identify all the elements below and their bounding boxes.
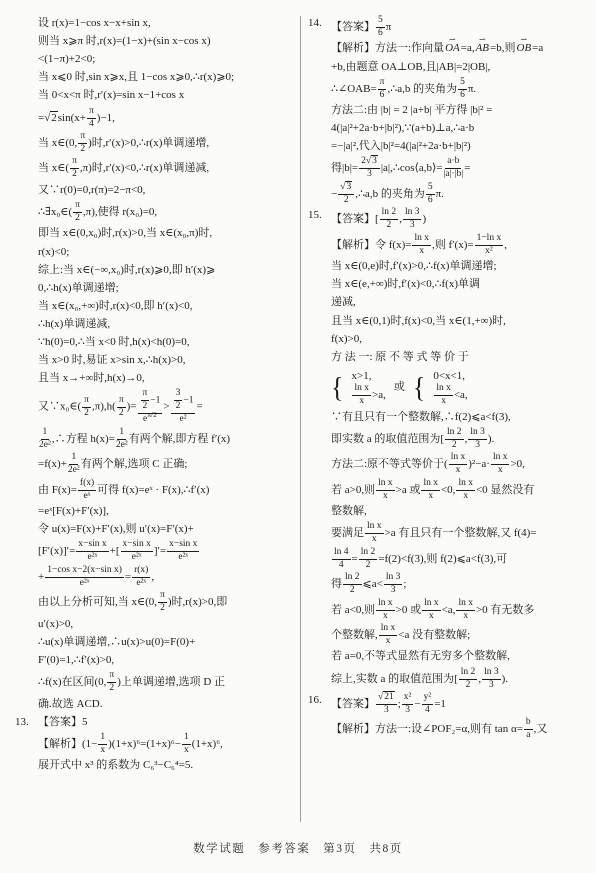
text-line: 方法二:由 |b| = 2 |a+b| 平方得 |b|² = [308,103,586,119]
text-line: ∴u(x)单调递增,∴u(x)>u(0)=F(0)+ [15,635,295,651]
cases-joiner: 或 [394,380,405,396]
fraction-numerator: ln x [491,453,510,465]
text-line: 当 x∈(π2,π)时,r′(x)<0,∴r(x)单调递减, [15,157,295,180]
text-line: +b,由题意 OA⊥OB,且|AB|=2|OB|, [308,60,586,76]
fraction-numerator: π [87,107,96,119]
vector-arrow-icon: ⇀ [520,34,527,45]
fraction-numerator: ln x [352,384,371,396]
fraction-numerator: π [378,78,387,90]
fraction: 56 [458,78,467,101]
cases-stack: x>1,ln xx>a, [351,368,385,407]
fraction-numerator: ln x [434,384,453,396]
fraction: x−sin xe²ˣ [167,540,199,563]
left-brace: { [413,373,425,402]
sqrt-expression: √3 [366,155,378,166]
cases-row: ln xx<a, [433,384,467,407]
sqrt-radicand: 21 [383,691,395,702]
fraction: f(x)eˣ [78,479,96,502]
text-line: {x>1,ln xx>a,或{0<x<1,ln xx<a, [308,368,586,407]
item-number: 15. [308,208,322,224]
text-line: ∵有且只有一个整数解,∴f(2)⩽a<f(3), [308,410,586,426]
fraction-numerator: 3 [174,389,183,401]
fraction-denominator: e²ˣ [132,552,142,563]
item-number: 13. [15,715,29,731]
fraction: ln 44 [332,548,351,571]
text-line: 当 x∈(x₀,+∞)时,r(x)<0,即 h′(x)<0, [15,299,295,315]
fraction-denominator: 3 [405,705,410,716]
text-line: ln 44=ln 22=f(2)<f(3),则 f(2)⩽a<f(3),可 [308,548,586,571]
fraction-numerator: ln 3 [403,208,422,220]
fraction: 56 [426,183,435,206]
text-line: 要满足ln xx>a 有且只有一个整数解,又 f(4)= [308,522,586,545]
text-line: +1−cos x−2(x−sin x)e²ˣ=r(x)e²ˣ, [15,566,295,589]
fraction: ln 22 [343,573,362,596]
fraction: ln 22 [445,428,464,451]
fraction: ln xx [421,479,440,502]
text-line: f(x)>0, [308,332,586,348]
fraction: y²4 [422,693,434,716]
cases-block: {x>1,ln xx>a,或{0<x<1,ln xx<a, [331,368,468,407]
fraction-denominator: 2 [80,144,85,155]
fraction-denominator: 2 [466,680,471,691]
text-line: 0,∴h(x)单调递增; [15,281,295,297]
text-line: −√32,∴a,b 的夹角为56π. [308,183,586,206]
fraction: 1−cos x−2(x−sin x)e²ˣ [45,566,124,589]
fraction-numerator: a·b [445,157,461,169]
fraction: π2 [141,389,150,412]
sqrt-expression: √21 [378,691,395,702]
fraction: ln xx [379,624,398,647]
text-line: u′(x)>0, [15,617,295,633]
text-line: 则当 x⩾π 时,r(x)=(1−x)+(sin x−cos x) [15,34,295,50]
fraction-denominator: 2 [75,213,80,224]
fraction-denominator: 2e² [39,440,51,451]
fraction: 2√33 [359,157,380,180]
fraction-denominator: 6 [380,90,385,101]
fraction-denominator: 3 [367,169,372,180]
fraction-numerator: 2√3 [359,157,380,169]
text-line: 综上,实数 a 的取值范围为[ln 22,ln 33). [308,668,586,691]
fraction-numerator: π [117,396,126,408]
fraction-denominator: 2 [452,440,457,451]
text-line: 个整数解,ln xx<a 没有整数解; [308,624,586,647]
fraction: π4 [87,107,96,130]
fraction: π2 [70,157,79,180]
fraction: ln xx [376,599,395,622]
text-line: ∴f(x)在区间(0,π2)上单调递增,选项 D 正 [15,671,295,694]
text-line: ∵h(0)=0,∴当 x<0 时,h(x)<h(0)=0, [15,335,295,351]
fraction-numerator: ln 2 [445,428,464,440]
fraction: ln 33 [468,428,487,451]
fraction-numerator: ln 3 [384,573,403,585]
item-number: 14. [308,16,322,32]
fraction: 12e² [116,428,128,451]
text-line: 14.【答案】56π [308,16,586,39]
item-number: 16. [308,693,322,709]
fraction: ln xx [449,453,468,476]
left-column: 设 r(x)=1−cos x−x+sin x,则当 x⩾π 时,r(x)=(1−… [15,16,300,822]
fraction: ln xx [412,234,431,257]
cases-row: 0<x<1, [433,368,465,385]
text-line: 得ln 22⩽a<ln 33; [308,573,586,596]
right-column: 14.【答案】56π【解析】方法一:作向量⇀OA=a,⇀AB=b,则⇀OB=a+… [301,16,586,822]
fraction-numerator: ln x [365,522,384,534]
text-line: r(x)<0; [15,245,295,261]
fraction-denominator: x [372,534,377,545]
fraction-denominator: x [429,611,434,622]
fraction: π2 [78,132,87,155]
fraction-denominator: 3 [391,585,396,596]
fraction: ln xx [456,599,475,622]
fraction-denominator: 6 [428,195,433,206]
fraction-numerator: f(x) [78,479,96,491]
fraction: √213 [376,693,397,716]
fraction-denominator: x [184,745,189,756]
fraction: ln 33 [482,668,501,691]
text-line: 【解析】(1−1x)(1+x)⁶=(1+x)⁶−1x(1+x)⁶, [15,733,295,756]
fraction: ln xx [422,599,441,622]
sqrt-radicand: 2 [50,111,58,124]
text-line: 若 a<0,则ln xx>0 或ln xx<a,ln xx>0 有无数多 [308,599,586,622]
fraction-numerator: ln 2 [359,548,378,560]
fraction: 32 [174,389,183,412]
fraction: ln 33 [384,573,403,596]
text-line: 得|b|=2√33|a|,∴cos⟨a,b⟩=a·b|a|·|b|= [308,157,586,180]
text-line: 当 x∈(0,e)时,f′(x)>0,∴f(x)单调递增; [308,259,586,275]
text-line: 确.故选 ACD. [15,697,295,713]
fraction: ln xx [456,479,475,502]
fraction-denominator: 6 [460,90,465,101]
fraction-denominator: x [419,246,424,257]
fraction-numerator: 5 [426,183,435,195]
fraction-denominator: 2e² [116,440,128,451]
fraction-denominator: x [100,745,105,756]
text-line: 即当 x∈(0,x₀)时,r(x)>0,当 x∈(x₀,π)时, [15,226,295,242]
fraction-denominator: 6 [378,28,383,39]
fraction-denominator: 3 [410,220,415,231]
fraction-numerator: π [82,396,91,408]
fraction-numerator: ln x [421,479,440,491]
text-line: F′(0)=1,∴f′(x)>0, [15,653,295,669]
fraction: ln 33 [403,208,422,231]
fraction-numerator: ln x [379,624,398,636]
fraction-numerator: ln 4 [332,548,351,560]
text-line: =−|a|²,代入|b|²=4(|a|²+2a·b+|b|²) [308,139,586,155]
text-line: 又∵x₀∈(π2,π),h(π2)=π2−1eπ/2>32−1e²= [15,389,295,425]
fraction-numerator: 32−1 [171,389,196,414]
text-line: 【解析】方法一:作向量⇀OA=a,⇀AB=b,则⇀OB=a [308,41,586,57]
text-line: 综上:当 x∈(−∞,x₀)时,r(x)⩾0,即 h′(x)⩾ [15,263,295,279]
fraction-numerator: π [141,389,150,401]
fraction-numerator: 1 [182,733,191,745]
fraction-numerator: √21 [376,693,397,705]
text-line: 4(|a|²+2a·b+|b|²),∵(a+b)⊥a,∴a·b [308,121,586,137]
exam-answer-page: 设 r(x)=1−cos x−x+sin x,则当 x⩾π 时,r(x)=(1−… [0,0,596,873]
fraction-denominator: x [428,491,433,502]
fraction-numerator: ln 3 [468,428,487,440]
fraction: ln xx [376,479,395,502]
text-line: 15.【答案】[ln 22,ln 33) [308,208,586,231]
text-line: 若 a>0,则ln xx>a 或ln xx<0,ln xx<0 显然没有 [308,479,586,502]
fraction: 56 [376,16,385,39]
text-line: =eˣ[F(x)+F′(x)], [15,504,295,520]
text-line: 展开式中 x³ 的系数为 C₆³−C₆⁴=5. [15,758,295,774]
text-line: 【解析】令 f(x)=ln xx,则 f′(x)=1−ln xx², [308,234,586,257]
fraction-denominator: e²ˣ [88,552,98,563]
fraction-numerator: x² [402,693,414,705]
fraction: x−sin xe²ˣ [121,540,153,563]
text-line: 当 x∈(e,+∞)时,f′(x)<0,∴f(x)单调 [308,277,586,293]
fraction-denominator: 2 [72,169,77,180]
text-line: 由 F(x)=f(x)eˣ可得 f(x)=eˣ · F(x),∴f′(x) [15,479,295,502]
fraction-denominator: e²ˣ [178,552,188,563]
fraction-numerator: π [73,201,82,213]
fraction-numerator: π [70,157,79,169]
fraction-denominator: 3 [475,440,480,451]
fraction-numerator: ln x [422,599,441,611]
text-line: 又∵r(0)=0,r(π)=2−π<0, [15,183,295,199]
fraction-numerator: 1 [41,428,50,440]
fraction: √32 [338,183,354,206]
text-line: ∴∠OAB=π6,∴a,b 的夹角为56π. [308,78,586,101]
fraction: ln 22 [380,208,399,231]
fraction-denominator: e² [180,414,187,425]
text-line: 【解析】方法一:设∠POF₂=α,则有 tan α=ba,又 [308,718,586,741]
fraction-denominator: 4 [89,119,94,130]
fraction-numerator: b [524,718,533,730]
fraction-numerator: x−sin x [167,540,199,552]
text-line: =f(x)+12e²有两个解,选项 C 正确; [15,453,295,476]
fraction-denominator: 2 [160,603,165,614]
text-line: 设 r(x)=1−cos x−x+sin x, [15,16,295,32]
fraction-numerator: r(x) [132,566,150,578]
fraction-denominator: 2 [119,408,124,419]
fraction: π6 [378,78,387,101]
text-line: 方法二:原不等式等价于(ln xx)²−a·ln xx>0, [308,453,586,476]
text-line: 16.【答案】√213;x²3−y²4=1 [308,693,586,716]
fraction-numerator: ln 2 [380,208,399,220]
fraction-numerator: 1 [98,733,107,745]
left-brace: { [331,373,343,402]
text-line: [F′(x)]′=x−sin xe²ˣ+[x−sin xe²ˣ]′=x−sin … [15,540,295,563]
fraction-denominator: |a|·|b| [443,169,463,180]
fraction-denominator: x [498,465,503,476]
fraction-denominator: 2 [84,408,89,419]
text-line: 且当 x∈(0,1)时,f(x)<0,当 x∈(1,+∞)时, [308,314,586,330]
superscript: π/2 [147,410,157,419]
fraction: π2 [117,396,126,419]
fraction: π2 [82,396,91,419]
vector-arrow-icon: ⇀ [479,34,486,45]
fraction-numerator: π [158,591,167,603]
text-line: 当 x∈(0,π2)时,r′(x)>0,∴r(x)单调递增, [15,132,295,155]
sqrt-expression: √3 [340,181,352,192]
fraction-numerator: x−sin x [121,540,153,552]
fraction: π2 [73,201,82,224]
fraction: ln xx [352,384,371,407]
fraction: a·b|a|·|b| [443,157,463,180]
fraction-denominator: eπ/2 [143,414,157,425]
fraction-numerator: π [107,671,116,683]
text-line: <(1−π)+2<0; [15,52,295,68]
fraction-denominator: e²ˣ [80,578,90,589]
fraction-numerator: ln x [376,599,395,611]
fraction-denominator: x [359,396,364,407]
cases-row: x>1, [351,368,371,385]
fraction-denominator: e²ˣ [136,578,146,589]
text-line: 整数解, [308,504,586,520]
fraction: 12e² [68,453,80,476]
fraction: ba [524,718,533,741]
fraction-denominator: x² [485,246,493,257]
fraction: π2 [158,591,167,614]
sqrt-expression: √2 [44,111,58,124]
fraction: ln 22 [459,668,478,691]
fraction-denominator: 3 [489,680,494,691]
fraction-denominator: x [383,491,388,502]
fraction-denominator: 2 [109,683,114,694]
text-line: 当 x>0 时,易证 x>sin x,∴h(x)>0, [15,353,295,369]
fraction-denominator: 4 [339,560,344,571]
fraction: 32−1e² [171,389,196,425]
fraction-denominator: 4 [425,705,430,716]
text-line: 当 x⩽0 时,sin x⩾x,且 1−cos x⩾0,∴r(x)⩾0; [15,70,295,86]
text-line: 即实数 a 的取值范围为[ln 22,ln 33). [308,428,586,451]
text-line: 令 u(x)=F(x)+F′(x),则 u′(x)=F′(x)+ [15,522,295,538]
fraction: π2−1eπ/2 [138,389,163,425]
fraction-numerator: ln 2 [343,573,362,585]
text-line: 递减, [308,295,586,311]
fraction: x−sin xe²ˣ [76,540,108,563]
fraction-numerator: 1 [117,428,126,440]
fraction-numerator: y² [422,693,434,705]
fraction-denominator: 2 [344,195,349,206]
fraction-denominator: 3 [384,705,389,716]
fraction: 1−ln xx² [475,234,504,257]
fraction-denominator: 2 [350,585,355,596]
sqrt-radicand: 3 [371,155,378,166]
fraction-numerator: ln 2 [459,668,478,680]
fraction-denominator: x [386,636,391,647]
fraction: π2 [107,671,116,694]
text-line: ∴h(x)单调递减, [15,317,295,333]
text-line: ∴∃x₀∈(π2,π),使得 r(x₀)=0, [15,201,295,224]
fraction: 1x [98,733,107,756]
page-footer: 数学试题 参考答案 第3页 共8页 [0,840,596,856]
fraction-numerator: 1−ln x [475,234,504,246]
fraction-denominator: 2 [176,401,181,412]
fraction-numerator: x−sin x [76,540,108,552]
fraction-numerator: ln x [456,599,475,611]
cases-row: ln xx>a, [351,384,385,407]
fraction-denominator: a [526,730,530,741]
fraction-numerator: 1−cos x−2(x−sin x) [45,566,124,578]
text-line: 且当 x→+∞时,h(x)→0, [15,371,295,387]
fraction-denominator: x [456,465,461,476]
text-line: 13.【答案】5 [15,715,295,731]
fraction: x²3 [402,693,414,716]
fraction-numerator: 5 [458,78,467,90]
fraction-denominator: x [463,491,468,502]
text-line: 12e²,∴方程 h(x)=12e²有两个解,即方程 f′(x) [15,428,295,451]
fraction-numerator: ln x [456,479,475,491]
text-line: =√2sin(x+π4)−1, [15,107,295,130]
text-line: 当 0<x<π 时,r′(x)=sin x−1+cos x [15,88,295,104]
sqrt-radicand: 3 [345,181,352,192]
vector-symbol: ⇀AB [476,41,489,57]
fraction-numerator: 1 [69,453,78,465]
fraction: ln xx [491,453,510,476]
fraction: ln 22 [359,548,378,571]
fraction: ln xx [365,522,384,545]
vector-symbol: ⇀OA [445,41,460,57]
fraction-denominator: 2 [366,560,371,571]
fraction-numerator: ln 3 [482,668,501,680]
cases-stack: 0<x<1,ln xx<a, [433,368,467,407]
fraction-numerator: ln x [376,479,395,491]
fraction: 1x [182,733,191,756]
fraction-denominator: x [463,611,468,622]
text-line: 方 法 一: 原 不 等 式 等 价 于 [308,350,586,366]
text-line: 由以上分析可知,当 x∈(0,π2)时,r(x)>0,即 [15,591,295,614]
fraction: 12e² [39,428,51,451]
two-column-body: 设 r(x)=1−cos x−x+sin x,则当 x⩾π 时,r(x)=(1−… [0,0,596,822]
vector-arrow-icon: ⇀ [449,34,456,45]
fraction-denominator: x [383,611,388,622]
fraction-numerator: √3 [338,183,354,195]
fraction-numerator: 5 [376,16,385,28]
fraction: ln xx [434,384,453,407]
footer-text: 数学试题 参考答案 第3页 共8页 [193,843,403,855]
fraction: r(x)e²ˣ [132,566,150,589]
fraction-denominator: eˣ [84,491,91,502]
text-line: 若 a=0,不等式显然有无穷多个整数解, [308,649,586,665]
fraction-denominator: 2 [387,220,392,231]
fraction-denominator: 2e² [68,465,80,476]
fraction-numerator: π [78,132,87,144]
fraction-denominator: x [441,396,446,407]
fraction-numerator: ln x [449,453,468,465]
vector-symbol: ⇀OB [517,41,532,57]
fraction-numerator: ln x [412,234,431,246]
